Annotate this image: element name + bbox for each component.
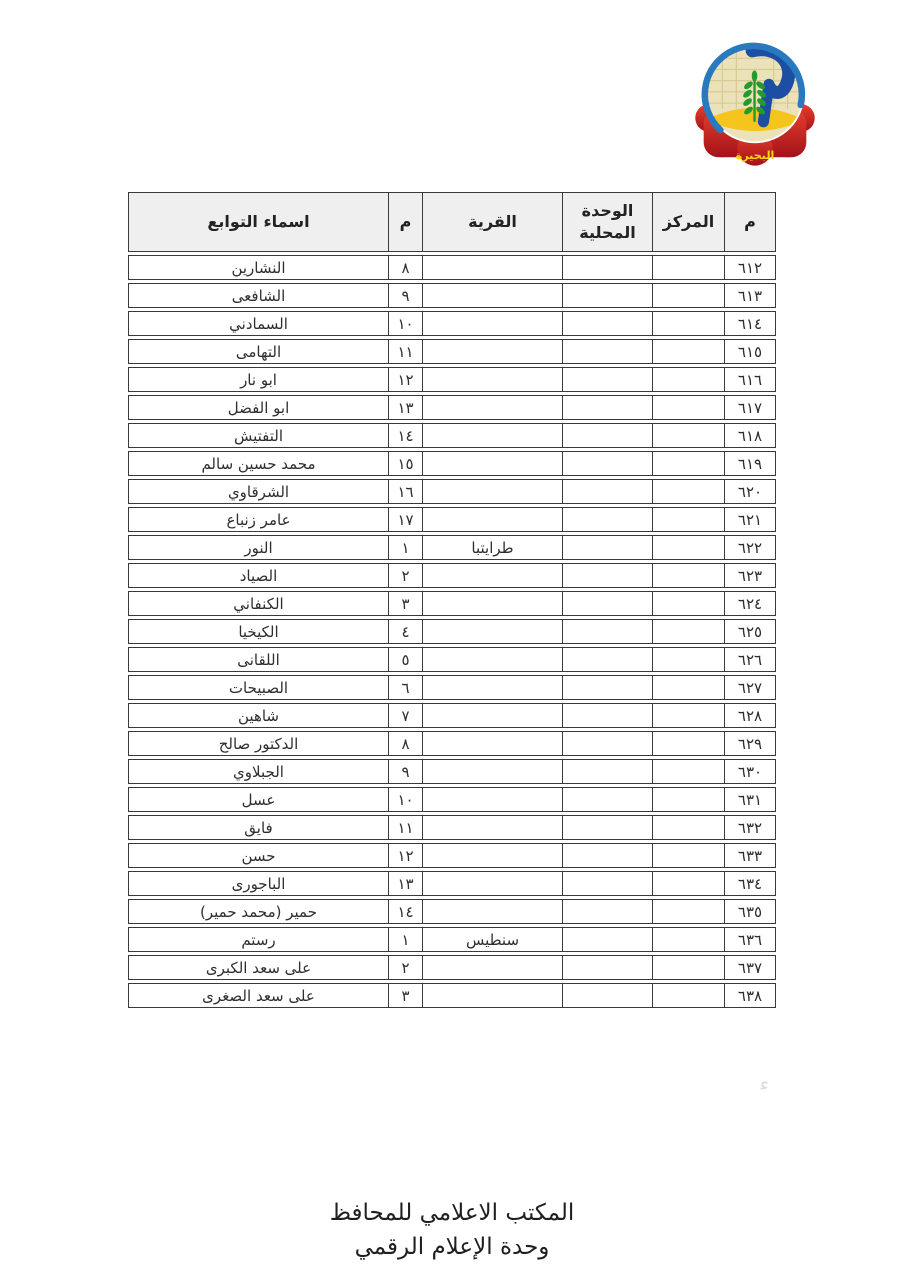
num-cell: ٧ bbox=[388, 703, 422, 728]
name-cell: الدكتور صالح bbox=[128, 731, 388, 756]
markaz-cell bbox=[652, 507, 724, 532]
num-cell: ٤ bbox=[388, 619, 422, 644]
village-cell bbox=[422, 955, 562, 980]
table-row: ٦١٢٨النشارين bbox=[128, 255, 776, 280]
serial-cell: ٦٣٨ bbox=[724, 983, 776, 1008]
village-cell bbox=[422, 983, 562, 1008]
unit-cell bbox=[562, 815, 652, 840]
name-cell: الجبلاوي bbox=[128, 759, 388, 784]
table-row: ٦١٣٩الشافعى bbox=[128, 283, 776, 308]
header-markaz: المركز bbox=[652, 192, 724, 252]
table-row: ٦٣٤١٣الباجورى bbox=[128, 871, 776, 896]
header-num: م bbox=[388, 192, 422, 252]
num-cell: ٢ bbox=[388, 563, 422, 588]
markaz-cell bbox=[652, 759, 724, 784]
markaz-cell bbox=[652, 311, 724, 336]
village-cell bbox=[422, 759, 562, 784]
num-cell: ٨ bbox=[388, 731, 422, 756]
num-cell: ١٢ bbox=[388, 843, 422, 868]
markaz-cell bbox=[652, 283, 724, 308]
markaz-cell bbox=[652, 591, 724, 616]
num-cell: ١٠ bbox=[388, 311, 422, 336]
table-row: ٦٢٢طرايتبا١النور bbox=[128, 535, 776, 560]
table-row: ٦١٥١١التهامى bbox=[128, 339, 776, 364]
serial-cell: ٦٢٢ bbox=[724, 535, 776, 560]
num-cell: ٣ bbox=[388, 983, 422, 1008]
serial-cell: ٦٢٣ bbox=[724, 563, 776, 588]
unit-cell bbox=[562, 675, 652, 700]
header-names: اسماء التوابع bbox=[128, 192, 388, 252]
markaz-cell bbox=[652, 339, 724, 364]
num-cell: ١٤ bbox=[388, 423, 422, 448]
num-cell: ٨ bbox=[388, 255, 422, 280]
table-row: ٦١٦١٢ابو نار bbox=[128, 367, 776, 392]
serial-cell: ٦١٤ bbox=[724, 311, 776, 336]
name-cell: على سعد الصغرى bbox=[128, 983, 388, 1008]
table-row: ٦٢٩٨الدكتور صالح bbox=[128, 731, 776, 756]
village-cell bbox=[422, 899, 562, 924]
markaz-cell bbox=[652, 255, 724, 280]
unit-cell bbox=[562, 787, 652, 812]
unit-cell bbox=[562, 731, 652, 756]
markaz-cell bbox=[652, 871, 724, 896]
footer-line-1: المكتب الاعلامي للمحافظ bbox=[0, 1197, 904, 1230]
table-row: ٦١٧١٣ابو الفضل bbox=[128, 395, 776, 420]
num-cell: ١٠ bbox=[388, 787, 422, 812]
num-cell: ١٦ bbox=[388, 479, 422, 504]
serial-cell: ٦٣٤ bbox=[724, 871, 776, 896]
table-row: ٦١٨١٤التفتيش bbox=[128, 423, 776, 448]
num-cell: ١٣ bbox=[388, 871, 422, 896]
unit-cell bbox=[562, 479, 652, 504]
serial-cell: ٦٢٧ bbox=[724, 675, 776, 700]
villages-table: م المركز الوحدة المحلية القرية م اسماء ا… bbox=[128, 189, 776, 1011]
table-row: ٦٣٣١٢حسن bbox=[128, 843, 776, 868]
document-page: البحيرة م المركز الوحدة المحلية القرية م… bbox=[0, 0, 904, 1280]
serial-cell: ٦١٢ bbox=[724, 255, 776, 280]
beheira-governorate-logo: البحيرة bbox=[660, 34, 850, 174]
num-cell: ٦ bbox=[388, 675, 422, 700]
table-row: ٦٣٧٢على سعد الكبرى bbox=[128, 955, 776, 980]
table-row: ٦٢٧٦الصبيحات bbox=[128, 675, 776, 700]
unit-cell bbox=[562, 339, 652, 364]
name-cell: الباجورى bbox=[128, 871, 388, 896]
name-cell: الصياد bbox=[128, 563, 388, 588]
village-cell bbox=[422, 619, 562, 644]
unit-cell bbox=[562, 311, 652, 336]
village-cell bbox=[422, 591, 562, 616]
unit-cell bbox=[562, 647, 652, 672]
name-cell: الصبيحات bbox=[128, 675, 388, 700]
name-cell: السمادني bbox=[128, 311, 388, 336]
num-cell: ١ bbox=[388, 927, 422, 952]
num-cell: ٩ bbox=[388, 283, 422, 308]
serial-cell: ٦٣٣ bbox=[724, 843, 776, 868]
table-row: ٦٢٨٧شاهين bbox=[128, 703, 776, 728]
village-cell bbox=[422, 731, 562, 756]
table-row: ٦٣٠٩الجبلاوي bbox=[128, 759, 776, 784]
table-row: ٦٣٨٣على سعد الصغرى bbox=[128, 983, 776, 1008]
stray-pen-mark: ء bbox=[758, 1071, 772, 1096]
serial-cell: ٦١٧ bbox=[724, 395, 776, 420]
table-header: م المركز الوحدة المحلية القرية م اسماء ا… bbox=[128, 192, 776, 252]
name-cell: محمد حسين سالم bbox=[128, 451, 388, 476]
name-cell: عامر زنباع bbox=[128, 507, 388, 532]
header-unit: الوحدة المحلية bbox=[562, 192, 652, 252]
unit-cell bbox=[562, 451, 652, 476]
markaz-cell bbox=[652, 787, 724, 812]
markaz-cell bbox=[652, 423, 724, 448]
name-cell: ابو نار bbox=[128, 367, 388, 392]
village-cell: سنطيس bbox=[422, 927, 562, 952]
num-cell: ١١ bbox=[388, 815, 422, 840]
footer: المكتب الاعلامي للمحافظ وحدة الإعلام الر… bbox=[0, 1197, 904, 1264]
num-cell: ٣ bbox=[388, 591, 422, 616]
unit-cell bbox=[562, 619, 652, 644]
serial-cell: ٦١٣ bbox=[724, 283, 776, 308]
table-row: ٦٣٥١٤حمير (محمد حمير) bbox=[128, 899, 776, 924]
markaz-cell bbox=[652, 731, 724, 756]
table-row: ٦٢٦٥اللقانى bbox=[128, 647, 776, 672]
village-cell bbox=[422, 367, 562, 392]
name-cell: التفتيش bbox=[128, 423, 388, 448]
name-cell: الكنفاني bbox=[128, 591, 388, 616]
name-cell: الشافعى bbox=[128, 283, 388, 308]
village-cell bbox=[422, 675, 562, 700]
serial-cell: ٦٢٨ bbox=[724, 703, 776, 728]
village-cell bbox=[422, 339, 562, 364]
serial-cell: ٦٣٠ bbox=[724, 759, 776, 784]
name-cell: الشرقاوي bbox=[128, 479, 388, 504]
serial-cell: ٦١٩ bbox=[724, 451, 776, 476]
name-cell: حسن bbox=[128, 843, 388, 868]
village-cell bbox=[422, 507, 562, 532]
village-cell bbox=[422, 255, 562, 280]
header-village: القرية bbox=[422, 192, 562, 252]
village-cell bbox=[422, 311, 562, 336]
markaz-cell bbox=[652, 647, 724, 672]
table-body: ٦١٢٨النشارين٦١٣٩الشافعى٦١٤١٠السمادني٦١٥١… bbox=[128, 255, 776, 1008]
village-cell bbox=[422, 871, 562, 896]
table-row: ٦٣١١٠عسل bbox=[128, 787, 776, 812]
unit-cell bbox=[562, 843, 652, 868]
serial-cell: ٦٣١ bbox=[724, 787, 776, 812]
num-cell: ١١ bbox=[388, 339, 422, 364]
serial-cell: ٦٢١ bbox=[724, 507, 776, 532]
table-row: ٦٢٥٤الكيخيا bbox=[128, 619, 776, 644]
logo-label: البحيرة bbox=[736, 149, 775, 162]
unit-cell bbox=[562, 535, 652, 560]
table-row: ٦١٩١٥محمد حسين سالم bbox=[128, 451, 776, 476]
table-row: ٦٢٠١٦الشرقاوي bbox=[128, 479, 776, 504]
village-cell bbox=[422, 563, 562, 588]
name-cell: النشارين bbox=[128, 255, 388, 280]
name-cell: على سعد الكبرى bbox=[128, 955, 388, 980]
num-cell: ١ bbox=[388, 535, 422, 560]
serial-cell: ٦١٥ bbox=[724, 339, 776, 364]
name-cell: حمير (محمد حمير) bbox=[128, 899, 388, 924]
villages-table-container: م المركز الوحدة المحلية القرية م اسماء ا… bbox=[128, 189, 776, 1011]
markaz-cell bbox=[652, 899, 724, 924]
markaz-cell bbox=[652, 619, 724, 644]
village-cell bbox=[422, 395, 562, 420]
table-row: ٦٢١١٧عامر زنباع bbox=[128, 507, 776, 532]
unit-cell bbox=[562, 955, 652, 980]
markaz-cell bbox=[652, 843, 724, 868]
name-cell: الكيخيا bbox=[128, 619, 388, 644]
village-cell bbox=[422, 451, 562, 476]
village-cell bbox=[422, 815, 562, 840]
unit-cell bbox=[562, 591, 652, 616]
markaz-cell bbox=[652, 395, 724, 420]
serial-cell: ٦٣٥ bbox=[724, 899, 776, 924]
name-cell: التهامى bbox=[128, 339, 388, 364]
unit-cell bbox=[562, 563, 652, 588]
num-cell: ٥ bbox=[388, 647, 422, 672]
unit-cell bbox=[562, 983, 652, 1008]
unit-cell bbox=[562, 395, 652, 420]
table-row: ٦٢٣٢الصياد bbox=[128, 563, 776, 588]
table-row: ٦٣٢١١فايق bbox=[128, 815, 776, 840]
header-serial: م bbox=[724, 192, 776, 252]
unit-cell bbox=[562, 507, 652, 532]
unit-cell bbox=[562, 871, 652, 896]
table-row: ٦٣٦سنطيس١رستم bbox=[128, 927, 776, 952]
unit-cell bbox=[562, 255, 652, 280]
serial-cell: ٦٣٧ bbox=[724, 955, 776, 980]
markaz-cell bbox=[652, 479, 724, 504]
unit-cell bbox=[562, 283, 652, 308]
unit-cell bbox=[562, 899, 652, 924]
markaz-cell bbox=[652, 367, 724, 392]
footer-line-2: وحدة الإعلام الرقمي bbox=[0, 1231, 904, 1264]
serial-cell: ٦٢٦ bbox=[724, 647, 776, 672]
name-cell: ابو الفضل bbox=[128, 395, 388, 420]
name-cell: فايق bbox=[128, 815, 388, 840]
village-cell bbox=[422, 843, 562, 868]
serial-cell: ٦١٨ bbox=[724, 423, 776, 448]
table-row: ٦٢٤٣الكنفاني bbox=[128, 591, 776, 616]
village-cell bbox=[422, 787, 562, 812]
village-cell bbox=[422, 283, 562, 308]
serial-cell: ٦١٦ bbox=[724, 367, 776, 392]
name-cell: رستم bbox=[128, 927, 388, 952]
village-cell: طرايتبا bbox=[422, 535, 562, 560]
num-cell: ١٥ bbox=[388, 451, 422, 476]
unit-cell bbox=[562, 703, 652, 728]
unit-cell bbox=[562, 927, 652, 952]
markaz-cell bbox=[652, 675, 724, 700]
logo-graphic: البحيرة bbox=[680, 34, 830, 174]
serial-cell: ٦٢٩ bbox=[724, 731, 776, 756]
village-cell bbox=[422, 423, 562, 448]
name-cell: عسل bbox=[128, 787, 388, 812]
markaz-cell bbox=[652, 535, 724, 560]
unit-cell bbox=[562, 759, 652, 784]
serial-cell: ٦٢٠ bbox=[724, 479, 776, 504]
table-row: ٦١٤١٠السمادني bbox=[128, 311, 776, 336]
header-row: م المركز الوحدة المحلية القرية م اسماء ا… bbox=[128, 192, 776, 252]
serial-cell: ٦٢٤ bbox=[724, 591, 776, 616]
unit-cell bbox=[562, 367, 652, 392]
name-cell: اللقانى bbox=[128, 647, 388, 672]
village-cell bbox=[422, 479, 562, 504]
village-cell bbox=[422, 647, 562, 672]
name-cell: النور bbox=[128, 535, 388, 560]
num-cell: ١٣ bbox=[388, 395, 422, 420]
num-cell: ١٤ bbox=[388, 899, 422, 924]
markaz-cell bbox=[652, 815, 724, 840]
serial-cell: ٦٣٢ bbox=[724, 815, 776, 840]
markaz-cell bbox=[652, 563, 724, 588]
markaz-cell bbox=[652, 451, 724, 476]
serial-cell: ٦٣٦ bbox=[724, 927, 776, 952]
markaz-cell bbox=[652, 955, 724, 980]
markaz-cell bbox=[652, 703, 724, 728]
serial-cell: ٦٢٥ bbox=[724, 619, 776, 644]
num-cell: ٩ bbox=[388, 759, 422, 784]
num-cell: ١٧ bbox=[388, 507, 422, 532]
num-cell: ١٢ bbox=[388, 367, 422, 392]
num-cell: ٢ bbox=[388, 955, 422, 980]
markaz-cell bbox=[652, 927, 724, 952]
unit-cell bbox=[562, 423, 652, 448]
markaz-cell bbox=[652, 983, 724, 1008]
name-cell: شاهين bbox=[128, 703, 388, 728]
village-cell bbox=[422, 703, 562, 728]
